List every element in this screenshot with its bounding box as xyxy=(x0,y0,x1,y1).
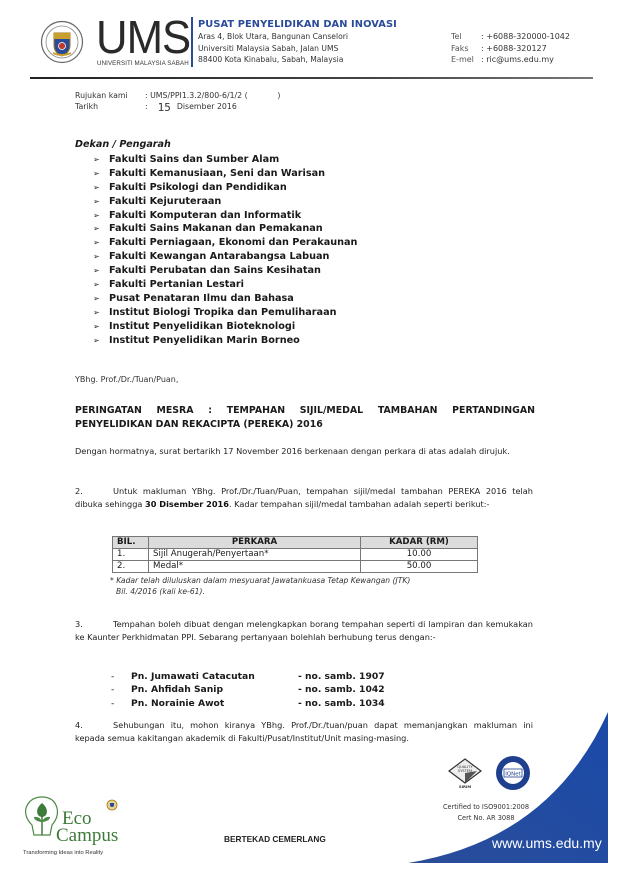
recipient-item: ➢Fakulti Komputeran dan Informatik xyxy=(93,209,357,223)
arrow-bullet-icon: ➢ xyxy=(93,236,109,250)
table-header-row: BIL. PERKARA KADAR (RM) xyxy=(113,537,478,549)
cell-kadar: 10.00 xyxy=(361,549,478,561)
subject-heading: PERINGATANMESRA:TEMPAHANSIJIL/MEDALTAMBA… xyxy=(75,404,535,431)
recipient-item: ➢Fakulti Sains Makanan dan Pemakanan xyxy=(93,222,357,236)
recipient-name: Institut Penyelidikan Bioteknologi xyxy=(109,320,295,334)
arrow-bullet-icon: ➢ xyxy=(93,320,109,334)
subject-word: TEMPAHAN xyxy=(227,404,285,418)
contact-fax: Faks : +6088-320127 xyxy=(451,43,570,55)
col-header-bil: BIL. xyxy=(113,537,149,549)
ums-wordmark: UMS xyxy=(96,14,190,60)
recipient-item: ➢Fakulti Pertanian Lestari xyxy=(93,278,357,292)
recipient-item: ➢Fakulti Perniagaan, Ekonomi dan Perakau… xyxy=(93,236,357,250)
date-label: Tarikh xyxy=(75,102,145,113)
dash-bullet: - xyxy=(111,683,131,696)
date-row: Tarikh : 15 Disember 2016 xyxy=(75,102,280,113)
subject-line-2: PENYELIDIKAN DAN REKACIPTA (PEREKA) 2016 xyxy=(75,418,535,432)
contact-value: : ric@ums.edu.my xyxy=(481,54,554,66)
contact-label: E-mel xyxy=(451,54,481,66)
arrow-bullet-icon: ➢ xyxy=(93,292,109,306)
person-extension: - no. samb. 1034 xyxy=(298,697,385,710)
cell-kadar: 50.00 xyxy=(361,561,478,573)
arrow-bullet-icon: ➢ xyxy=(93,153,109,167)
arrow-bullet-icon: ➢ xyxy=(93,181,109,195)
person-name: Pn. Norainie Awot xyxy=(131,697,298,710)
person-name: Pn. Ahfidah Sanip xyxy=(131,683,298,696)
table-footnote: * Kadar telah diluluskan dalam mesyuarat… xyxy=(110,575,410,598)
col-header-perkara: PERKARA xyxy=(149,537,361,549)
table-row: 1. Sijil Anugerah/Penyertaan* 10.00 xyxy=(113,549,478,561)
cell-perkara: Medal* xyxy=(149,561,361,573)
ums-subtitle: UNIVERSITI MALAYSIA SABAH xyxy=(97,60,189,67)
iqnet-badge-icon: IQNet xyxy=(495,755,531,791)
cell-bil: 2. xyxy=(113,561,149,573)
recipient-item: ➢Institut Penyelidikan Marin Borneo xyxy=(93,334,357,348)
arrow-bullet-icon: ➢ xyxy=(93,306,109,320)
recipient-name: Fakulti Sains dan Sumber Alam xyxy=(109,153,279,167)
person-name: Pn. Jumawati Catacutan xyxy=(131,670,298,683)
paragraph-text: Tempahan boleh dibuat dengan melengkapka… xyxy=(75,619,533,642)
person-extension: - no. samb. 1042 xyxy=(298,683,385,696)
cert-number: Cert No. AR 3088 xyxy=(431,813,541,824)
recipients-title: Dekan / Pengarah xyxy=(75,139,171,150)
table-row: 2. Medal* 50.00 xyxy=(113,561,478,573)
paragraph-1: Dengan hormatnya, surat bertarikh 17 Nov… xyxy=(75,445,533,458)
contact-people-list: -Pn. Jumawati Catacutan- no. samb. 1907-… xyxy=(111,670,385,710)
subject-word: PERTANDINGAN xyxy=(452,404,535,418)
recipient-item: ➢Fakulti Psikologi dan Pendidikan xyxy=(93,181,357,195)
subject-word: MESRA xyxy=(157,404,194,418)
arrow-bullet-icon: ➢ xyxy=(93,167,109,181)
arrow-bullet-icon: ➢ xyxy=(93,278,109,292)
recipient-name: Fakulti Kemanusiaan, Seni dan Warisan xyxy=(109,167,325,181)
recipients-list: ➢Fakulti Sains dan Sumber Alam➢Fakulti K… xyxy=(93,153,357,347)
paragraph-3: 3.Tempahan boleh dibuat dengan melengkap… xyxy=(75,618,533,645)
iso-certification: Certified to ISO9001:2008 Cert No. AR 30… xyxy=(431,802,541,824)
date-colon: : xyxy=(145,102,148,113)
ums-crest-logo xyxy=(40,20,84,64)
arrow-bullet-icon: ➢ xyxy=(93,209,109,223)
recipient-name: Fakulti Perniagaan, Ekonomi dan Perakaun… xyxy=(109,236,357,250)
arrow-bullet-icon: ➢ xyxy=(93,195,109,209)
dash-bullet: - xyxy=(111,670,131,683)
footnote-line: Bil. 4/2016 (kali ke-61). xyxy=(110,586,410,597)
address-line: 88400 Kota Kinabalu, Sabah, Malaysia xyxy=(198,54,348,66)
header-divider xyxy=(191,17,193,67)
contact-value: : +6088-320000-1042 xyxy=(481,31,570,43)
date-month-year: Disember 2016 xyxy=(177,102,237,113)
recipient-item: ➢Institut Penyelidikan Bioteknologi xyxy=(93,320,357,334)
subject-word: SIJIL/MEDAL xyxy=(300,404,363,418)
rates-table: BIL. PERKARA KADAR (RM) 1. Sijil Anugera… xyxy=(112,536,478,573)
contact-label: Faks xyxy=(451,43,481,55)
header-rule xyxy=(30,77,593,79)
website-link[interactable]: www.ums.edu.my xyxy=(492,835,602,851)
subject-line-1: PERINGATANMESRA:TEMPAHANSIJIL/MEDALTAMBA… xyxy=(75,404,535,418)
recipient-name: Fakulti Komputeran dan Informatik xyxy=(109,209,301,223)
recipient-item: ➢Fakulti Sains dan Sumber Alam xyxy=(93,153,357,167)
contact-value: : +6088-320127 xyxy=(481,43,547,55)
address-line: Universiti Malaysia Sabah, Jalan UMS xyxy=(198,43,348,55)
arrow-bullet-icon: ➢ xyxy=(93,222,109,236)
svg-text:SIRIM: SIRIM xyxy=(459,784,471,789)
eco-campus-wordmark: Eco Campus xyxy=(56,810,118,844)
org-address: Aras 4, Blok Utara, Bangunan Canselori U… xyxy=(198,31,348,66)
paragraph-text: . Kadar tempahan sijil/medal tambahan ad… xyxy=(229,499,490,509)
subject-word: PERINGATAN xyxy=(75,404,142,418)
org-name: PUSAT PENYELIDIKAN DAN INOVASI xyxy=(198,19,397,30)
recipient-name: Pusat Penataran Ilmu dan Bahasa xyxy=(109,292,294,306)
ref-row: Rujukan kami : UMS/PPI1.3.2/800-6/1/2 ( … xyxy=(75,91,280,102)
recipient-name: Fakulti Pertanian Lestari xyxy=(109,278,244,292)
recipient-name: Fakulti Perubatan dan Sains Kesihatan xyxy=(109,264,321,278)
recipient-item: ➢Pusat Penataran Ilmu dan Bahasa xyxy=(93,292,357,306)
contact-person: -Pn. Ahfidah Sanip- no. samb. 1042 xyxy=(111,683,385,696)
motto: BERTEKAD CEMERLANG xyxy=(224,834,326,844)
recipient-item: ➢Fakulti Kejuruteraan xyxy=(93,195,357,209)
svg-text:SYSTEM: SYSTEM xyxy=(458,769,472,773)
arrow-bullet-icon: ➢ xyxy=(93,250,109,264)
svg-text:IQNet: IQNet xyxy=(505,772,521,778)
cert-line: Certified to ISO9001:2008 xyxy=(431,802,541,813)
contact-tel: Tel : +6088-320000-1042 xyxy=(451,31,570,43)
recipient-item: ➢Fakulti Kemanusiaan, Seni dan Warisan xyxy=(93,167,357,181)
ref-label: Rujukan kami xyxy=(75,91,145,102)
recipient-item: ➢Institut Biologi Tropika dan Pemulihara… xyxy=(93,306,357,320)
footnote-line: * Kadar telah diluluskan dalam mesyuarat… xyxy=(110,575,410,586)
reference-block: Rujukan kami : UMS/PPI1.3.2/800-6/1/2 ( … xyxy=(75,91,280,112)
contact-email: E-mel : ric@ums.edu.my xyxy=(451,54,570,66)
deadline-date: 30 Disember 2016 xyxy=(145,499,229,509)
campus-word: Campus xyxy=(56,827,118,844)
paragraph-number: 2. xyxy=(75,485,113,498)
eco-campus-tagline: Transforming Ideas into Reality xyxy=(23,850,103,856)
recipient-item: ➢Fakulti Kewangan Antarabangsa Labuan xyxy=(93,250,357,264)
person-extension: - no. samb. 1907 xyxy=(298,670,385,683)
recipient-name: Fakulti Sains Makanan dan Pemakanan xyxy=(109,222,323,236)
subject-word: : xyxy=(208,404,212,418)
salutation: YBhg. Prof./Dr./Tuan/Puan, xyxy=(75,375,178,384)
recipient-name: Fakulti Kewangan Antarabangsa Labuan xyxy=(109,250,329,264)
contact-person: -Pn. Norainie Awot- no. samb. 1034 xyxy=(111,697,385,710)
ref-value: : UMS/PPI1.3.2/800-6/1/2 ( ) xyxy=(145,91,280,102)
recipient-name: Institut Biologi Tropika dan Pemuliharaa… xyxy=(109,306,337,320)
cell-bil: 1. xyxy=(113,549,149,561)
recipient-name: Fakulti Psikologi dan Pendidikan xyxy=(109,181,287,195)
paragraph-2: 2.Untuk makluman YBhg. Prof./Dr./Tuan/Pu… xyxy=(75,485,533,512)
col-header-kadar: KADAR (RM) xyxy=(361,537,478,549)
paragraph-number: 3. xyxy=(75,618,113,631)
paragraph-number: 4. xyxy=(75,719,113,732)
date-day-handwritten: 15 xyxy=(158,103,171,114)
arrow-bullet-icon: ➢ xyxy=(93,264,109,278)
contact-person: -Pn. Jumawati Catacutan- no. samb. 1907 xyxy=(111,670,385,683)
quality-system-badge-icon: QUALITY SYSTEM SIRIM xyxy=(447,757,483,789)
address-line: Aras 4, Blok Utara, Bangunan Canselori xyxy=(198,31,348,43)
contact-label: Tel xyxy=(451,31,481,43)
subject-word: TAMBAHAN xyxy=(378,404,438,418)
recipient-item: ➢Fakulti Perubatan dan Sains Kesihatan xyxy=(93,264,357,278)
dash-bullet: - xyxy=(111,697,131,710)
contact-block: Tel : +6088-320000-1042 Faks : +6088-320… xyxy=(451,31,570,66)
cell-perkara: Sijil Anugerah/Penyertaan* xyxy=(149,549,361,561)
recipient-name: Institut Penyelidikan Marin Borneo xyxy=(109,334,300,348)
recipient-name: Fakulti Kejuruteraan xyxy=(109,195,221,209)
arrow-bullet-icon: ➢ xyxy=(93,334,109,348)
